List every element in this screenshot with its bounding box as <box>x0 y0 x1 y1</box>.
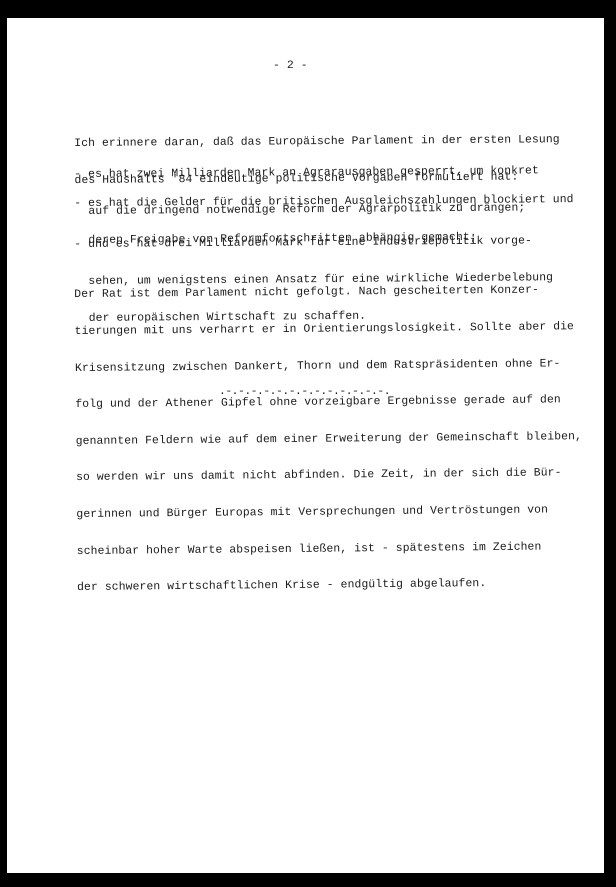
bullet-line: - und es hat drei Milliarden Mark für ei… <box>74 235 553 251</box>
document-page: - 2 - Ich erinnere daran, daß das Europä… <box>7 18 604 873</box>
conclusion-line: genannten Feldern wie auf dem einer Erwe… <box>76 431 582 448</box>
bullet-line: - es hat die Gelder für die britischen A… <box>74 194 573 210</box>
conclusion-line: tierungen mit uns verharrt er in Orienti… <box>75 321 581 338</box>
conclusion-line: scheinbar hoher Warte abspeisen ließen, … <box>77 541 583 558</box>
conclusion-line: Der Rat ist dem Parlament nicht gefolgt.… <box>74 285 580 302</box>
conclusion-line: Krisensitzung zwischen Dankert, Thorn un… <box>75 358 581 375</box>
page-number: - 2 - <box>273 60 308 72</box>
end-separator: .-.-.-.-.-.-.-.-.-.-.-.-.-. <box>219 386 390 398</box>
conclusion-line: gerinnen und Bürger Europas mit Versprec… <box>76 504 582 521</box>
conclusion-line: so werden wir uns damit nicht abfinden. … <box>76 468 582 485</box>
conclusion-paragraph: Der Rat ist dem Parlament nicht gefolgt.… <box>74 260 584 619</box>
conclusion-line: der schweren wirtschaftlichen Krise - en… <box>77 577 583 594</box>
